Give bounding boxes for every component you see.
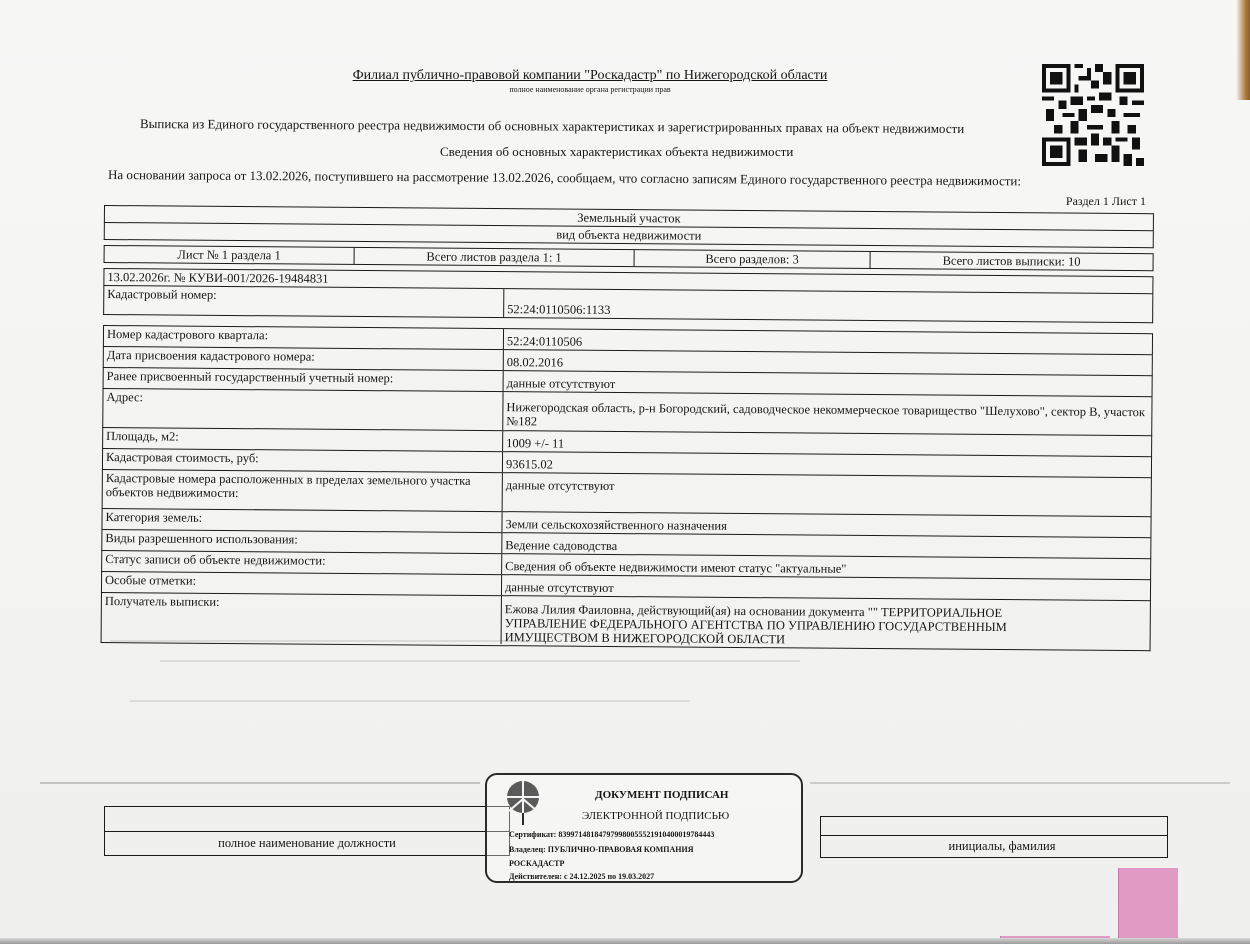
stamp-owner: Владелец: ПУБЛИЧНО-ПРАВОВАЯ КОМПАНИЯ [509,845,694,854]
total-sections: Всего разделов: 3 [635,250,871,268]
total-sheets: Всего листов выписки: 10 [871,252,1153,270]
organization-title: Филиал публично-правовой компании "Роска… [350,68,830,84]
field-label: Кадастровые номера расположенных в преде… [103,470,503,511]
sheet-number: Лист № 1 раздела 1 [105,246,355,264]
stamp-validity: Действителен: с 24.12.2025 по 19.03.2027 [509,872,654,881]
field-label: Площадь, м2: [103,428,503,451]
electronic-signature-stamp: ДОКУМЕНТ ПОДПИСАН ЭЛЕКТРОННОЙ ПОДПИСЬЮ С… [485,773,803,883]
field-value: Ежова Лилия Фаиловна, действующий(ая) на… [502,596,1150,650]
field-label: Кадастровая стоимость, руб: [103,449,503,472]
basis-text: На основании запроса от 13.02.2026, пост… [108,167,1168,190]
field-label: Адрес: [103,389,503,430]
cadastral-number-label: Кадастровый номер: [104,286,504,317]
document-page: Филиал публично-правовой компании "Роска… [0,0,1250,944]
stamp-owner-continued: РОСКАДАСТР [509,859,564,868]
field-label: Ранее присвоенный государственный учетны… [104,368,504,391]
document-title: Выписка из Единого государственного реес… [140,116,1040,137]
organization-caption: полное наименование органа регистрации п… [350,85,830,94]
sticky-tab [1118,868,1178,944]
field-row: Получатель выписки: Ежова Лилия Фаиловна… [101,593,1151,651]
stamp-signed-line2: ЭЛЕКТРОННОЙ ПОДПИСЬЮ [582,810,729,822]
roskadastr-logo-icon [505,781,541,825]
section-sheet-reference: Раздел 1 Лист 1 [1066,194,1146,209]
page-edge [1236,0,1250,100]
page-bottom-edge [0,938,1250,944]
total-sheets-section: Всего листов раздела 1: 1 [355,248,635,266]
qr-code-icon [1042,63,1144,167]
position-caption: полное наименование должности [104,836,510,851]
sheet-info-row: Лист № 1 раздела 1 Всего листов раздела … [104,245,1154,271]
stamp-signed-line1: ДОКУМЕНТ ПОДПИСАН [595,789,728,801]
field-label: Статус записи об объекте недвижимости: [102,551,502,574]
field-label: Особые отметки: [102,572,502,595]
field-label: Получатель выписки: [102,593,502,644]
cadastral-number-value: 52:24:0110506:1133 [504,289,1152,322]
field-label: Дата присвоения кадастрового номера: [104,347,504,370]
extract-table: Земельный участок вид объекта недвижимос… [101,205,1154,651]
stamp-certificate: Сертификат: 8399714818479799800555219104… [509,830,714,839]
field-label: Номер кадастрового квартала: [104,326,504,349]
document-subtitle: Сведения об основных характеристиках объ… [440,144,793,160]
field-value: Нижегородская область, р-н Богородский, … [503,392,1151,435]
field-value: данные отсутствуют [503,473,1151,516]
extract-number: 13.02.2026г. № КУВИ-001/2026-19484831 [104,269,331,287]
field-label: Категория земель: [102,509,502,532]
field-label: Виды разрешенного использования: [102,530,502,553]
name-caption: инициалы, фамилия [836,839,1168,854]
